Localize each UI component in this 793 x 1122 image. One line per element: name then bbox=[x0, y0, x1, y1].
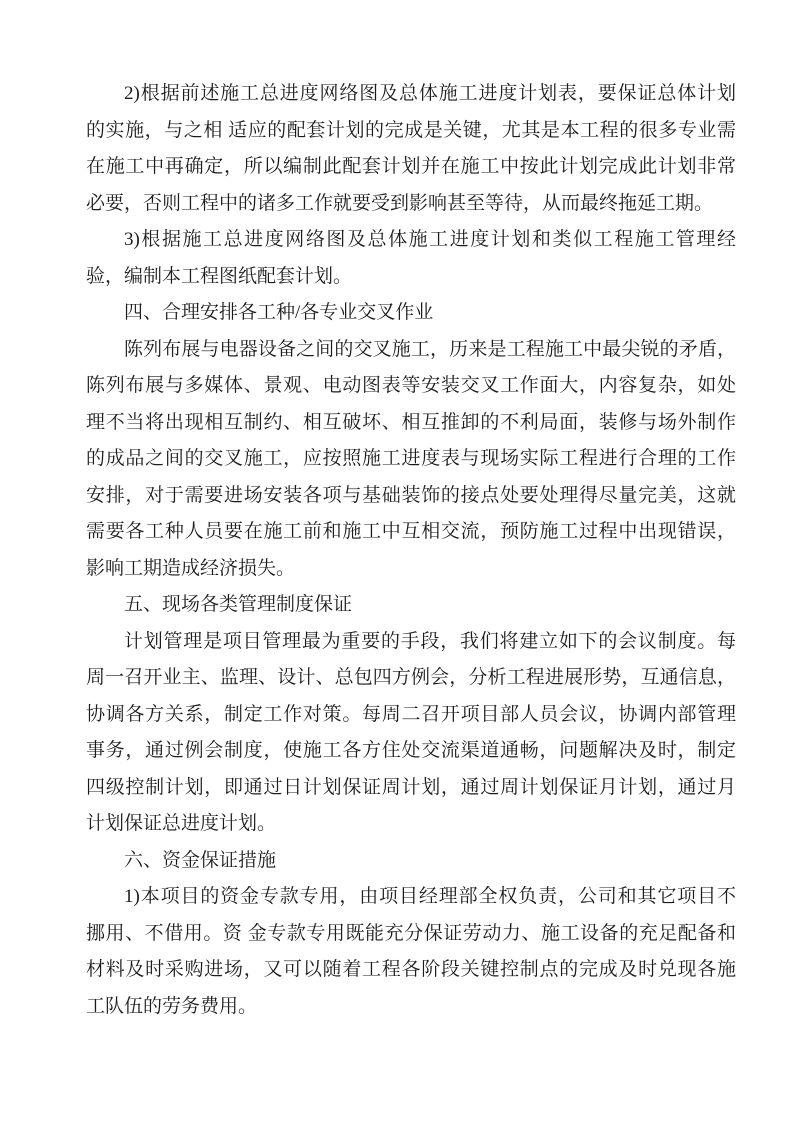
text-line: 2)根据前述施工总进度网络图及总体施工进度计划表，要保证总体计划 bbox=[86, 76, 736, 113]
text-line: 周一召开业主、监理、设计、总包四方例会，分析工程进展形势，互通信息， bbox=[86, 660, 736, 697]
body-paragraph: 陈列布展与电器设备之间的交叉施工，历来是工程施工中最尖锐的矛盾，陈列布展与多媒体… bbox=[86, 332, 736, 588]
text-line: 协调各方关系，制定工作对策。每周二召开项目部人员会议，协调内部管理 bbox=[86, 697, 736, 734]
section-heading: 六、资金保证措施 bbox=[86, 843, 736, 880]
text-line: 挪用、不借用。资 金专款专用既能充分保证劳动力、施工设备的充足配备和 bbox=[86, 916, 736, 953]
body-paragraph: 2)根据前述施工总进度网络图及总体施工进度计划表，要保证总体计划的实施，与之相 … bbox=[86, 76, 736, 222]
text-line: 计划保证总进度计划。 bbox=[86, 806, 736, 843]
text-line: 工队伍的劳务费用。 bbox=[86, 989, 736, 1026]
text-line: 计划管理是项目管理最为重要的手段，我们将建立如下的会议制度。每 bbox=[86, 624, 736, 661]
text-line: 必要，否则工程中的诸多工作就要受到影响甚至等待，从而最终拖延工期。 bbox=[86, 186, 736, 223]
text-line: 需要各工种人员要在施工前和施工中互相交流，预防施工过程中出现错误， bbox=[86, 514, 736, 551]
text-line: 在施工中再确定，所以编制此配套计划并在施工中按此计划完成此计划非常 bbox=[86, 149, 736, 186]
body-paragraph: 3)根据施工总进度网络图及总体施工进度计划和类似工程施工管理经验，编制本工程图纸… bbox=[86, 222, 736, 295]
text-line: 影响工期造成经济损失。 bbox=[86, 551, 736, 588]
text-line: 理不当将出现相互制约、相互破坏、相互推卸的不利局面，装修与场外制作 bbox=[86, 405, 736, 442]
section-heading: 四、合理安排各工种/各专业交叉作业 bbox=[86, 295, 736, 332]
text-line: 五、现场各类管理制度保证 bbox=[86, 587, 736, 624]
document-page: 2)根据前述施工总进度网络图及总体施工进度计划表，要保证总体计划的实施，与之相 … bbox=[0, 0, 793, 1122]
text-line: 材料及时采购进场，又可以随着工程各阶段关键控制点的完成及时兑现各施 bbox=[86, 952, 736, 989]
text-line: 的实施，与之相 适应的配套计划的完成是关键，尤其是本工程的很多专业需 bbox=[86, 113, 736, 150]
body-paragraph: 计划管理是项目管理最为重要的手段，我们将建立如下的会议制度。每周一召开业主、监理… bbox=[86, 624, 736, 843]
text-line: 安排，对于需要进场安装各项与基础装饰的接点处要处理得尽量完美，这就 bbox=[86, 478, 736, 515]
text-line: 验，编制本工程图纸配套计划。 bbox=[86, 259, 736, 296]
text-line: 四级控制计划，即通过日计划保证周计划，通过周计划保证月计划，通过月 bbox=[86, 770, 736, 807]
text-line: 四、合理安排各工种/各专业交叉作业 bbox=[86, 295, 736, 332]
text-line: 事务，通过例会制度，使施工各方住处交流渠道通畅，问题解决及时，制定 bbox=[86, 733, 736, 770]
document-content: 2)根据前述施工总进度网络图及总体施工进度计划表，要保证总体计划的实施，与之相 … bbox=[86, 76, 736, 1025]
text-line: 陈列布展与电器设备之间的交叉施工，历来是工程施工中最尖锐的矛盾， bbox=[86, 332, 736, 369]
section-heading: 五、现场各类管理制度保证 bbox=[86, 587, 736, 624]
text-line: 六、资金保证措施 bbox=[86, 843, 736, 880]
text-line: 3)根据施工总进度网络图及总体施工进度计划和类似工程施工管理经 bbox=[86, 222, 736, 259]
text-line: 的成品之间的交叉施工，应按照施工进度表与现场实际工程进行合理的工作 bbox=[86, 441, 736, 478]
text-line: 陈列布展与多媒体、景观、电动图表等安装交叉工作面大，内容复杂，如处 bbox=[86, 368, 736, 405]
text-line: 1)本项目的资金专款专用，由项目经理部全权负责，公司和其它项目不 bbox=[86, 879, 736, 916]
body-paragraph: 1)本项目的资金专款专用，由项目经理部全权负责，公司和其它项目不挪用、不借用。资… bbox=[86, 879, 736, 1025]
